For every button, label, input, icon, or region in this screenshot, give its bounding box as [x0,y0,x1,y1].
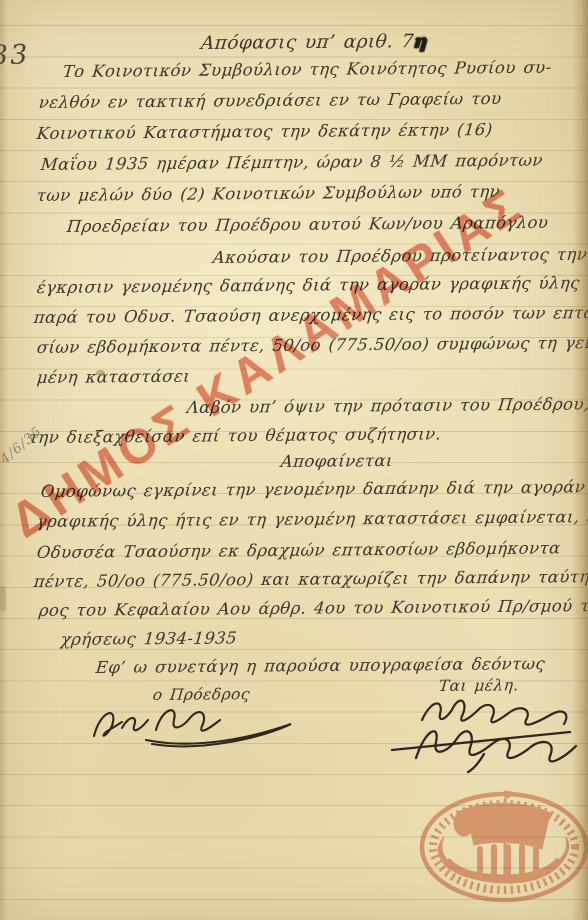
page-left-edge [0,0,8,920]
decision-title: Απόφασις υπ’ αριθ. 7η [200,31,429,54]
galley-ship-seal [408,783,588,915]
president-signature [86,694,301,752]
body-line: ρος του Κεφαλαίου Αου άρθρ. 4ου του Κοιν… [38,596,588,620]
body-line: γραφικής ύλης ήτις εν τη γενομένη καταστ… [36,507,588,531]
body-line: χρήσεως 1934-1935 [60,628,238,649]
body-line: των μελών δύο (2) Κοινοτικών Συμβούλων υ… [36,182,501,205]
body-line: νελθόν εν τακτική συνεδριάσει εν τω Γραφ… [38,89,502,112]
body-line: Οδυσσέα Τσαούσην εκ δραχμών επτακοσίων ε… [36,538,562,562]
scanned-document-page: 33 Απόφασις υπ’ αριθ. 7η Το Κοινοτικόν Σ… [0,0,588,920]
paper-blemish [96,370,105,376]
decision-title-text: Απόφασις υπ’ αριθ. 7 [200,31,415,54]
closing-line: Εφ’ ω συνετάγη η παρούσα υπογραφείσα δεό… [95,654,546,677]
ink-blot-correction: η [413,31,429,52]
body-line: Το Κοινοτικόν Συμβούλιον της Κοινότητος … [62,58,553,81]
body-line: πέντε, 50/οο (775.50/οο) και καταχωρίζει… [33,566,588,591]
resolution-heading: Αποφαίνεται [280,451,394,471]
member-signature [388,714,583,774]
page-right-edge [572,0,588,920]
body-line: Μαΐου 1935 ημέραν Πέμπτην, ώραν 8 ½ ΜΜ π… [40,151,544,174]
body-line: έγκρισιν γενομένης δαπάνης διά την αγορά… [36,273,581,297]
body-line: Κοινοτικού Καταστήματος την δεκάτην έκτη… [36,120,494,143]
